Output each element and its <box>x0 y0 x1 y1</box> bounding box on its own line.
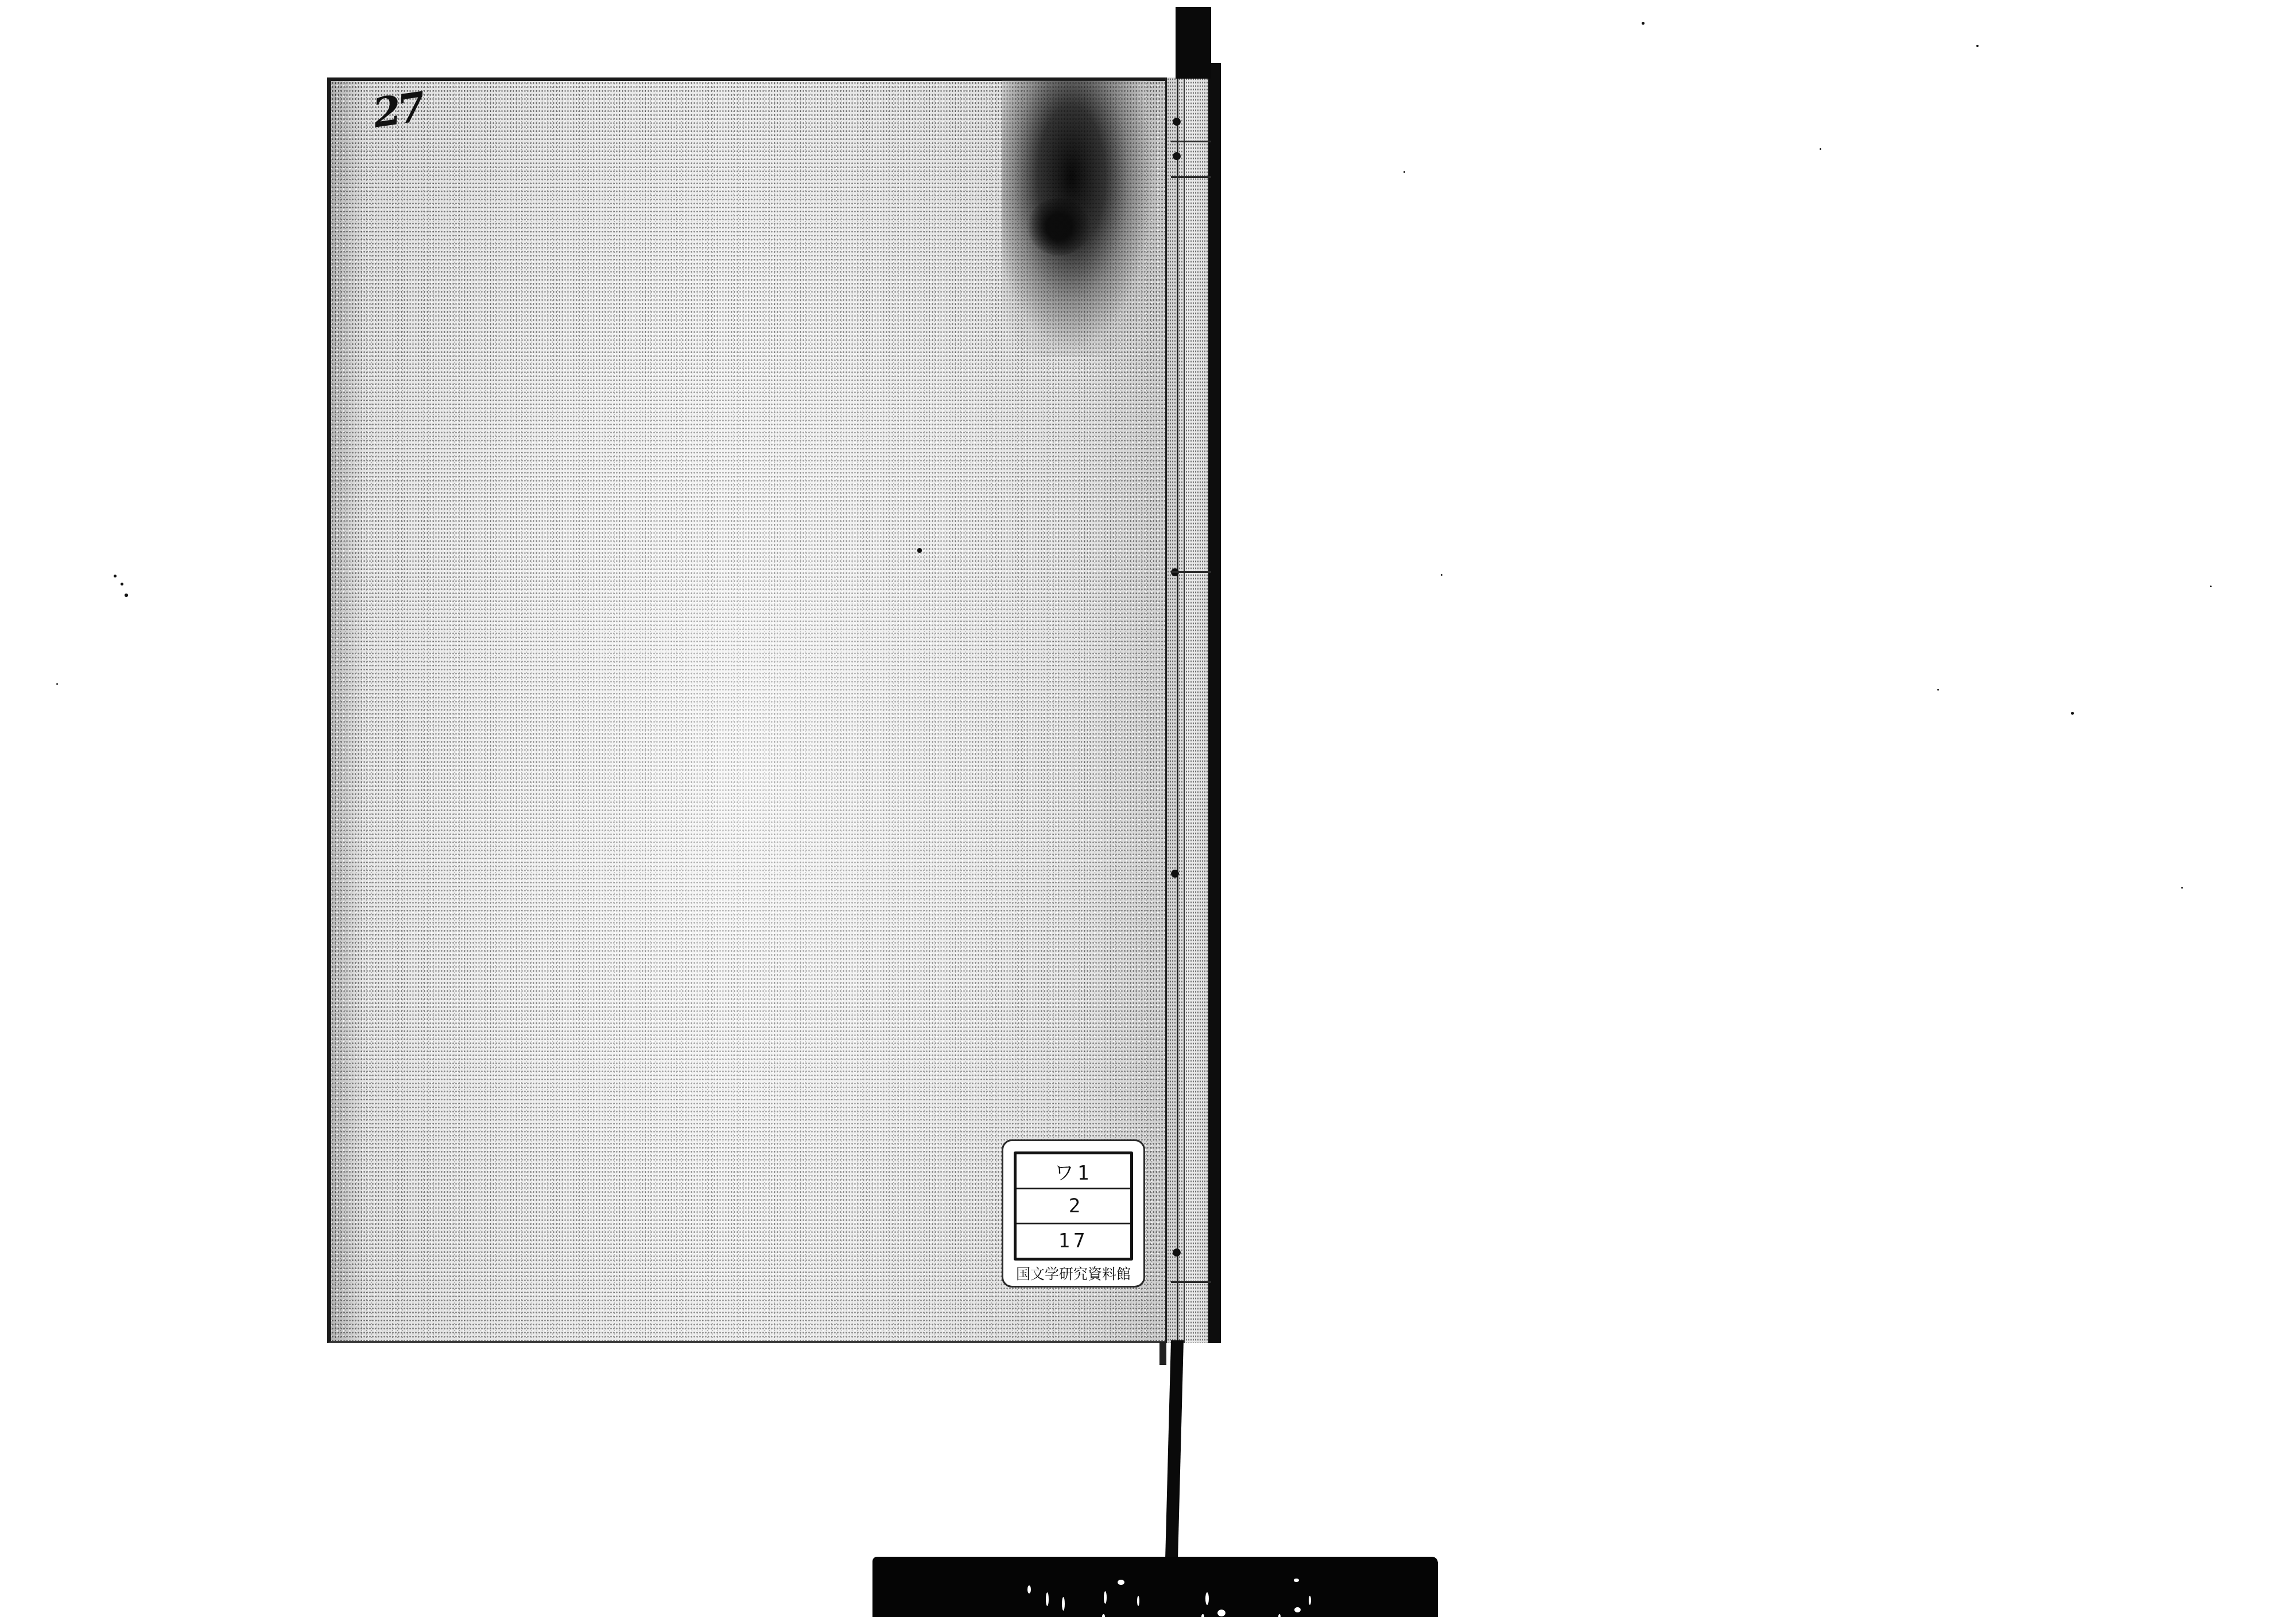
call-number-table: ワ1 2 17 <box>1014 1151 1133 1261</box>
scan-speck <box>1642 22 1645 25</box>
plate-digit-dot <box>1205 1592 1209 1605</box>
stitch-knot <box>1171 870 1179 878</box>
cover-stain-spot <box>1027 198 1091 255</box>
scan-speck <box>1937 689 1939 691</box>
call-number-row: 17 <box>1017 1224 1130 1258</box>
binding-line <box>1184 77 1185 1343</box>
scan-speck <box>56 683 58 685</box>
call-number-row: ワ1 <box>1017 1154 1130 1189</box>
bottom-plate <box>872 1557 1438 1617</box>
plate-digit-dot <box>1294 1579 1299 1582</box>
handwritten-number: 27 <box>370 83 425 137</box>
plate-digit-dot <box>1104 1591 1107 1604</box>
scan-speck <box>125 594 128 597</box>
plate-digit-dot <box>1118 1580 1124 1585</box>
plate-digit-dot <box>1102 1614 1105 1617</box>
stitch-thread <box>1171 176 1211 178</box>
scan-speck <box>1820 148 1821 150</box>
plate-digit-dot <box>1201 1614 1204 1617</box>
stitch-knot <box>1173 1248 1181 1257</box>
scan-speck <box>1403 171 1405 173</box>
stitch-thread <box>1171 571 1211 573</box>
stitch-thread <box>1171 141 1211 142</box>
spine-edge <box>1208 63 1221 1343</box>
scan-speck <box>1976 45 1979 47</box>
plate-digit-dot <box>1278 1614 1281 1617</box>
scanned-page: 27 ワ1 2 17 国文学研究資料館 <box>0 0 2296 1617</box>
scan-speck <box>2071 712 2074 715</box>
plate-digit-dot <box>1137 1596 1139 1606</box>
library-label: ワ1 2 17 国文学研究資料館 <box>1002 1139 1145 1288</box>
scan-speck <box>114 575 117 577</box>
scan-speck <box>1441 574 1442 576</box>
plate-digit-dot <box>1309 1596 1311 1605</box>
stitch-thread <box>1171 1281 1211 1283</box>
scan-speck <box>2181 887 2183 889</box>
plate-digit-dot <box>1217 1610 1225 1616</box>
scan-speck <box>121 583 123 585</box>
stitch-knot <box>1173 152 1181 160</box>
binding-line <box>1177 77 1178 1343</box>
binding-cord-fray <box>1159 1342 1166 1365</box>
plate-digit-dot <box>1027 1585 1031 1593</box>
stitch-knot <box>1173 118 1181 126</box>
plate-digit-dot <box>1062 1597 1065 1611</box>
plate-digit-dot <box>1046 1592 1049 1606</box>
scan-speck <box>2210 585 2212 587</box>
spine-top-band <box>1176 7 1211 79</box>
call-number-row: 2 <box>1017 1189 1130 1224</box>
binding-cord <box>1165 1340 1184 1558</box>
cover-speck <box>917 548 922 553</box>
institution-name: 国文学研究資料館 <box>1003 1263 1143 1283</box>
plate-digit-dot <box>1294 1607 1301 1612</box>
